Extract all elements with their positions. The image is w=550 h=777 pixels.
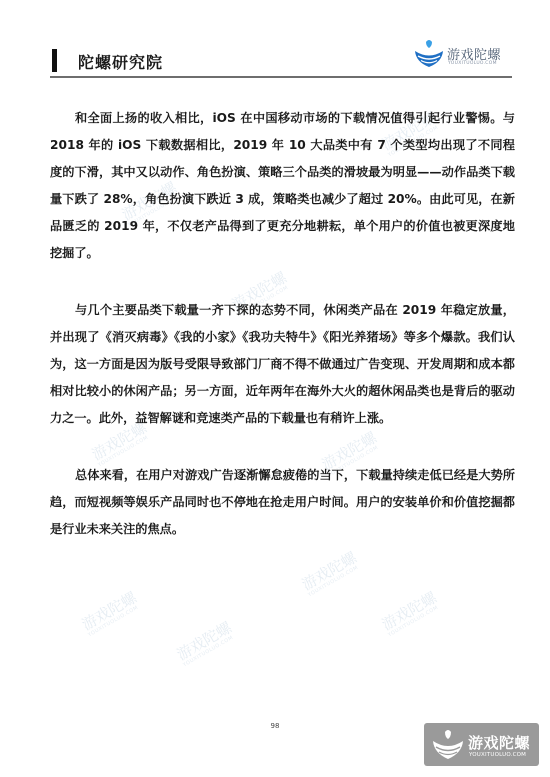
article-body: 和全面上扬的收入相比，iOS 在中国移动市场的下载情况值得引起行业警惕。与 20… [50, 105, 515, 573]
footer-brand-logo: 游戏陀螺 YOUXITUOLUO.COM [424, 723, 539, 766]
page-title: 陀螺研究院 [78, 50, 163, 73]
brand-logo: 游戏陀螺 YOUXITUOLUO.COM [413, 34, 523, 74]
spinning-top-logo-icon [432, 729, 464, 761]
header-accent-bar [52, 49, 57, 72]
footer-logo-url: YOUXITUOLUO.COM [469, 752, 526, 758]
paragraph: 和全面上扬的收入相比，iOS 在中国移动市场的下载情况值得引起行业警惕。与 20… [50, 105, 515, 267]
watermark: 游戏陀螺YOUXITUOLUO.COM [173, 617, 237, 669]
paragraph: 总体来看，在用户对游戏广告逐渐懈怠疲倦的当下，下载量持续走低已经是大势所趋，而短… [50, 462, 515, 543]
footer-logo-name: 游戏陀螺 [468, 732, 530, 753]
spinning-top-logo-icon [413, 38, 445, 70]
header-divider [50, 76, 512, 78]
watermark: 游戏陀螺YOUXITUOLUO.COM [378, 587, 442, 639]
logo-url: YOUXITUOLUO.COM [448, 61, 497, 66]
watermark: 游戏陀螺YOUXITUOLUO.COM [78, 587, 142, 639]
paragraph: 与几个主要品类下载量一齐下探的态势不同，休闲类产品在 2019 年稳定放量，并出… [50, 297, 515, 432]
